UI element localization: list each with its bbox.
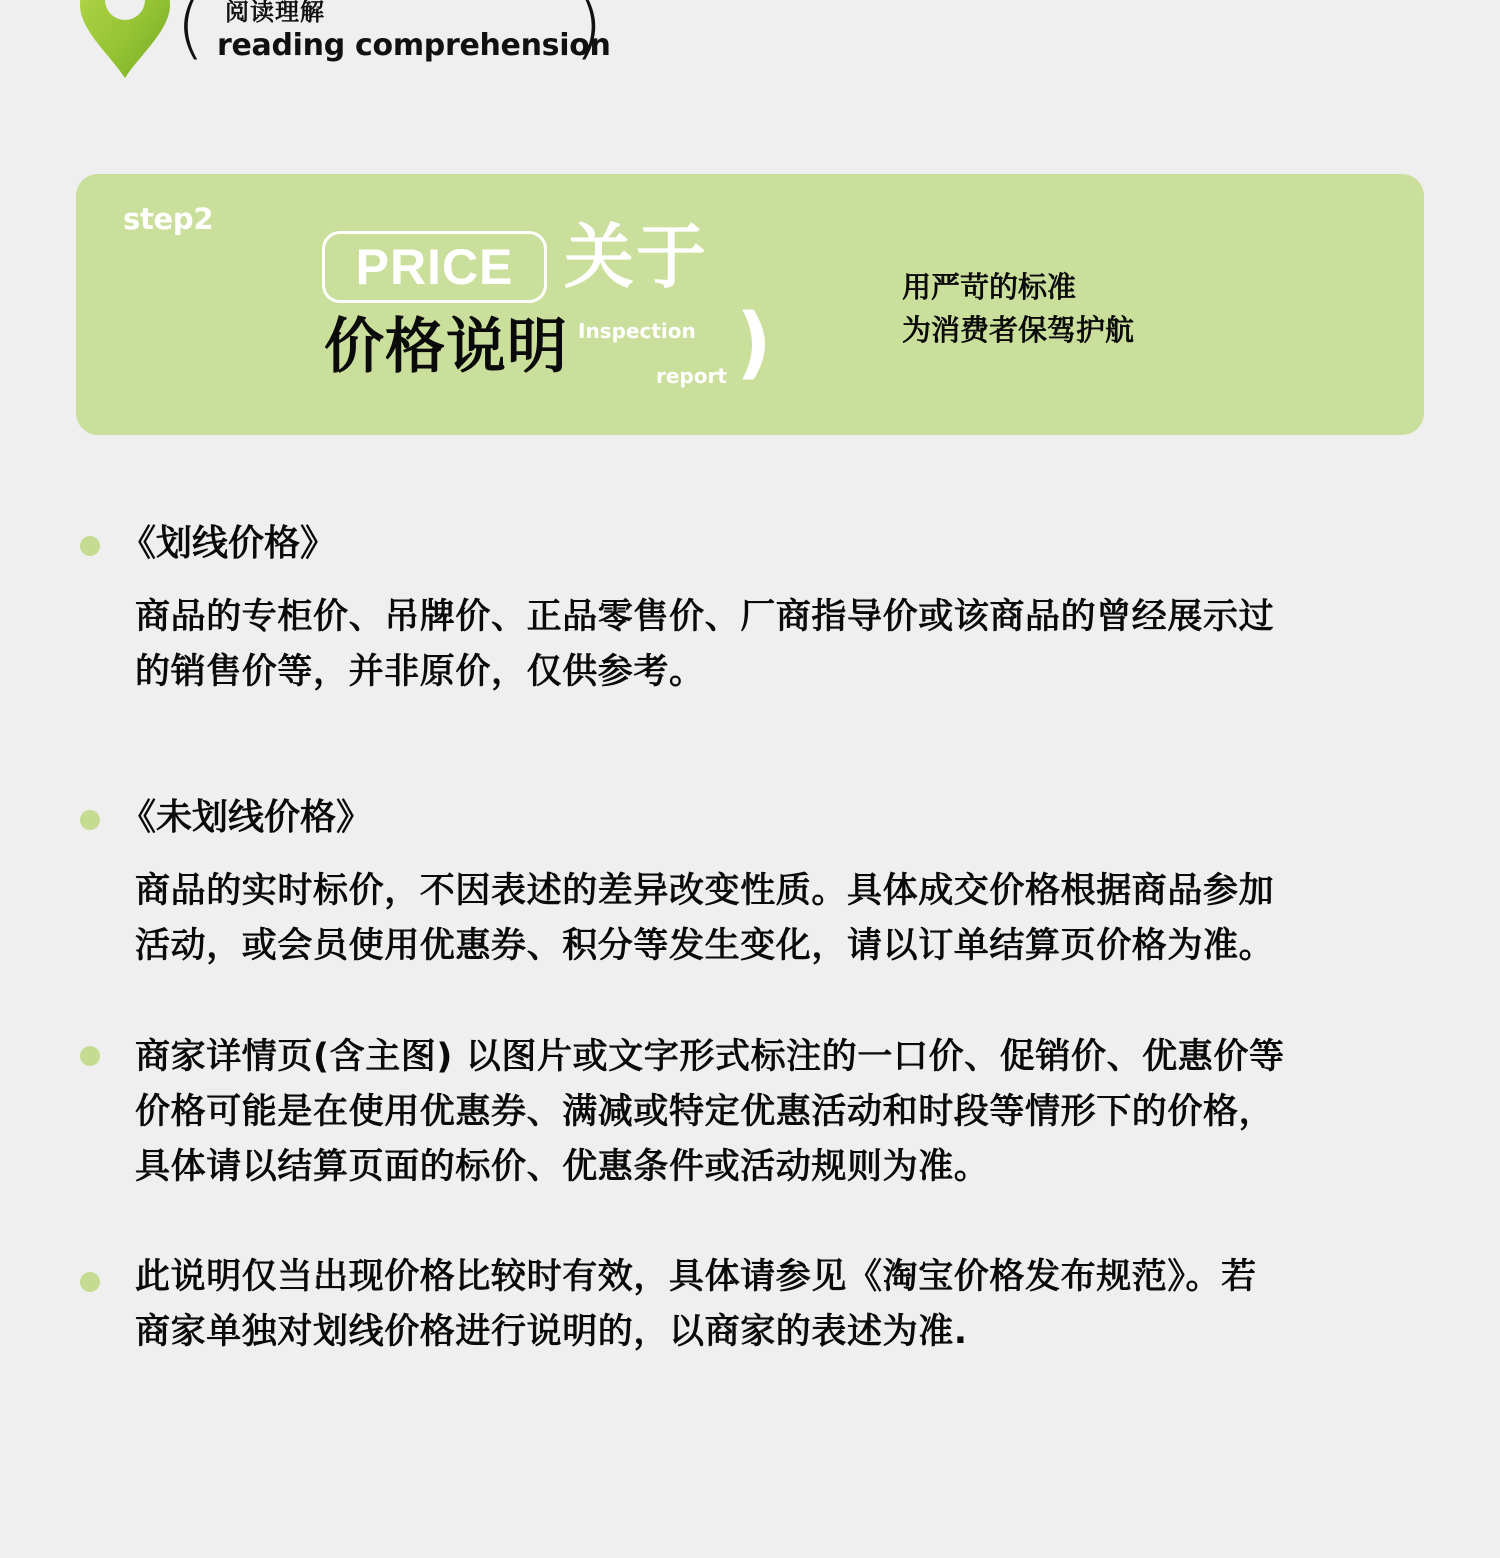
body-line: 活动，或会员使用优惠券、积分等发生变化，请以订单结算页价格为准。 [135,919,1375,974]
body-line: 商品的实时标价，不因表述的差异改变性质。具体成交价格根据商品参加 [135,864,1375,919]
bullet-dot-icon [80,1046,100,1066]
bullet-dot-icon [80,536,100,556]
body-line: 具体请以结算页面的标价、优惠条件或活动规则为准。 [135,1140,1375,1195]
price-banner: step2 PRICE 关于 价格说明 Inspection report ) … [76,174,1424,435]
body-line: 的销售价等，并非原价，仅供参考。 [135,645,1375,700]
body-line: 商家详情页(含主图) 以图片或文字形式标注的一口价、促销价、优惠价等 [135,1030,1375,1085]
header-title-en: reading comprehension [217,28,611,63]
section-body: 商家详情页(含主图) 以图片或文字形式标注的一口价、促销价、优惠价等 价格可能是… [135,1030,1375,1195]
body-line: 商品的专柜价、吊牌价、正品零售价、厂商指导价或该商品的曾经展示过 [135,590,1375,645]
header-right-paren: ) [574,0,603,62]
bullet-dot-icon [80,810,100,830]
step-label: step2 [123,202,213,236]
header-left-paren: ( [176,0,205,62]
body-line: 价格可能是在使用优惠券、满减或特定优惠活动和时段等情形下的价格， [135,1085,1375,1140]
section-title: 《划线价格》 [120,526,336,562]
section-body: 商品的实时标价，不因表述的差异改变性质。具体成交价格根据商品参加 活动，或会员使… [135,864,1375,974]
header-title-zh: 阅读理解 [225,0,325,27]
body-line: 此说明仅当出现价格比较时有效，具体请参见《淘宝价格发布规范》。若 [135,1250,1375,1305]
banner-subtitle-report: report [656,364,727,388]
body-line: 商家单独对划线价格进行说明的，以商家的表述为准. [135,1305,1375,1360]
map-pin-icon [80,0,170,78]
section-body: 商品的专柜价、吊牌价、正品零售价、厂商指导价或该商品的曾经展示过 的销售价等，并… [135,590,1375,700]
section-body: 此说明仅当出现价格比较时有效，具体请参见《淘宝价格发布规范》。若 商家单独对划线… [135,1250,1375,1360]
page-header: ( 阅读理解 reading comprehension ) [0,0,1500,100]
price-badge-text: PRICE [356,242,514,292]
banner-title: 价格说明 [324,317,568,377]
banner-right-paren: ) [736,304,772,382]
banner-subtitle-inspection: Inspection [578,319,696,343]
slogan-line-2: 为消费者保驾护航 [902,309,1134,352]
bullet-dot-icon [80,1272,100,1292]
slogan-line-1: 用严苛的标准 [902,266,1134,309]
price-badge: PRICE [322,231,547,303]
banner-slogan: 用严苛的标准 为消费者保驾护航 [902,266,1134,352]
banner-about-text: 关于 [564,222,708,292]
section-title: 《未划线价格》 [120,800,372,836]
